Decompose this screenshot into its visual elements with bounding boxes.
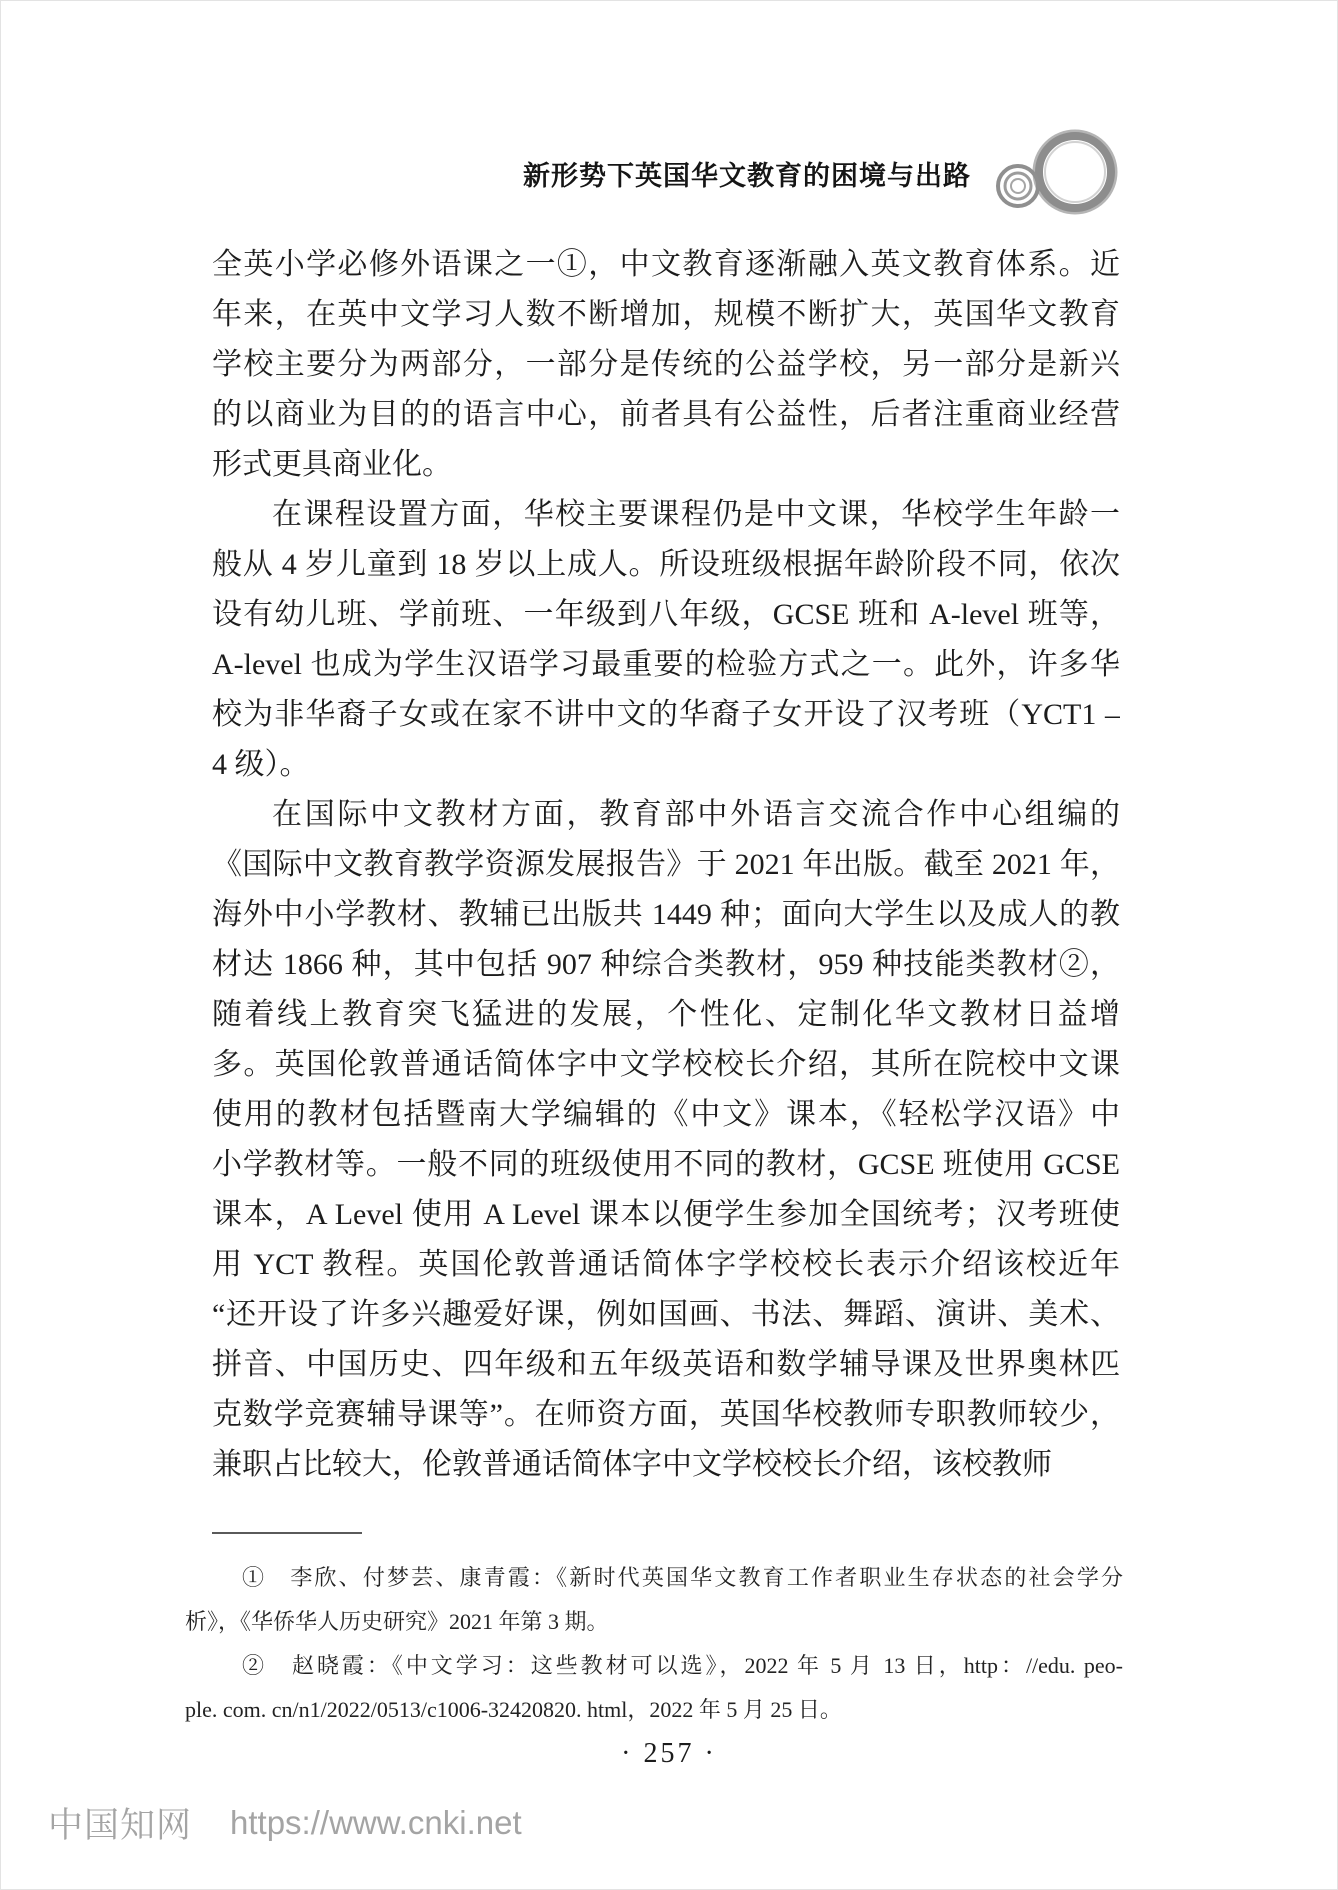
- body-line: 克数学竞赛辅导课等”。在师资方面，英国华校教师专职教师较少，: [212, 1390, 1120, 1440]
- body-line: 形式更具商业化。: [212, 440, 1120, 490]
- body-line: 年来，在英中文学习人数不断增加，规模不断扩大，英国华文教育: [212, 290, 1120, 340]
- page-number: · 257 ·: [0, 1738, 1338, 1770]
- body-line: 课本，A Level 使用 A Level 课本以便学生参加全国统考；汉考班使: [212, 1190, 1120, 1240]
- footnote-line: ② 赵晓霞：《中文学习：这些教材可以选》，2022 年 5 月 13 日，htt…: [185, 1644, 1123, 1688]
- body-line: 海外中小学教材、教辅已出版共 1449 种；面向大学生以及成人的教: [212, 890, 1120, 940]
- body-line: 使用的教材包括暨南大学编辑的《中文》课本，《轻松学汉语》中: [212, 1090, 1120, 1140]
- body-line: 材达 1866 种，其中包括 907 种综合类教材，959 种技能类教材②，: [212, 940, 1120, 990]
- body-line: 兼职占比较大，伦敦普通话简体字中文学校校长介绍，该校教师: [212, 1440, 1120, 1490]
- body-line: 的以商业为目的的语言中心，前者具有公益性，后者注重商业经营: [212, 390, 1120, 440]
- cnki-url-label: https://www.cnki.net: [230, 1804, 522, 1842]
- footnote-separator: [212, 1532, 362, 1534]
- body-line: 用 YCT 教程。英国伦敦普通话简体字学校校长表示介绍该校近年: [212, 1240, 1120, 1290]
- body-line: 4 级）。: [212, 740, 1120, 790]
- body-line: 小学教材等。一般不同的班级使用不同的教材，GCSE 班使用 GCSE: [212, 1140, 1120, 1190]
- rings-logo-icon: [985, 118, 1120, 228]
- body-line: 《国际中文教育教学资源发展报告》于 2021 年出版。截至 2021 年，: [212, 840, 1120, 890]
- page-header: 新形势下英国华文教育的困境与出路: [0, 118, 1120, 228]
- body-line: 设有幼儿班、学前班、一年级到八年级，GCSE 班和 A-level 班等，: [212, 590, 1120, 640]
- body-line: 在课程设置方面，华校主要课程仍是中文课，华校学生年龄一: [212, 490, 1120, 540]
- body-line: 校为非华裔子女或在家不讲中文的华裔子女开设了汉考班（YCT1 –: [212, 690, 1120, 740]
- cnki-brand-label: 中国知网: [48, 1798, 192, 1848]
- footnote-line: 析》，《华侨华人历史研究》2021 年第 3 期。: [185, 1600, 1123, 1644]
- body-line: “还开设了许多兴趣爱好课，例如国画、书法、舞蹈、演讲、美术、: [212, 1290, 1120, 1340]
- body-line: 在国际中文教材方面，教育部中外语言交流合作中心组编的: [212, 790, 1120, 840]
- body-line: 全英小学必修外语课之一①，中文教育逐渐融入英文教育体系。近: [212, 240, 1120, 290]
- running-head-title: 新形势下英国华文教育的困境与出路: [523, 154, 971, 193]
- footnotes: ① 李欣、付梦芸、康青霞：《新时代英国华文教育工作者职业生存状态的社会学分析》，…: [185, 1556, 1123, 1732]
- body-line: 多。英国伦敦普通话简体字中文学校校长介绍，其所在院校中文课: [212, 1040, 1120, 1090]
- body-text: 全英小学必修外语课之一①，中文教育逐渐融入英文教育体系。近年来，在英中文学习人数…: [212, 240, 1120, 1490]
- body-line: 拼音、中国历史、四年级和五年级英语和数学辅导课及世界奥林匹: [212, 1340, 1120, 1390]
- footnote-line: ple. com. cn/n1/2022/0513/c1006-32420820…: [185, 1688, 1123, 1732]
- body-line: 学校主要分为两部分，一部分是传统的公益学校，另一部分是新兴: [212, 340, 1120, 390]
- body-line: 般从 4 岁儿童到 18 岁以上成人。所设班级根据年龄阶段不同，依次: [212, 540, 1120, 590]
- footnote-line: ① 李欣、付梦芸、康青霞：《新时代英国华文教育工作者职业生存状态的社会学分: [185, 1556, 1123, 1600]
- body-line: 随着线上教育突飞猛进的发展，个性化、定制化华文教材日益增: [212, 990, 1120, 1040]
- body-line: A-level 也成为学生汉语学习最重要的检验方式之一。此外，许多华: [212, 640, 1120, 690]
- scanned-book-page: 新形势下英国华文教育的困境与出路 全英小学必修外语课之一①，中文教育逐渐融入英文…: [0, 0, 1338, 1890]
- cnki-watermark: 中国知网 https://www.cnki.net: [48, 1800, 522, 1846]
